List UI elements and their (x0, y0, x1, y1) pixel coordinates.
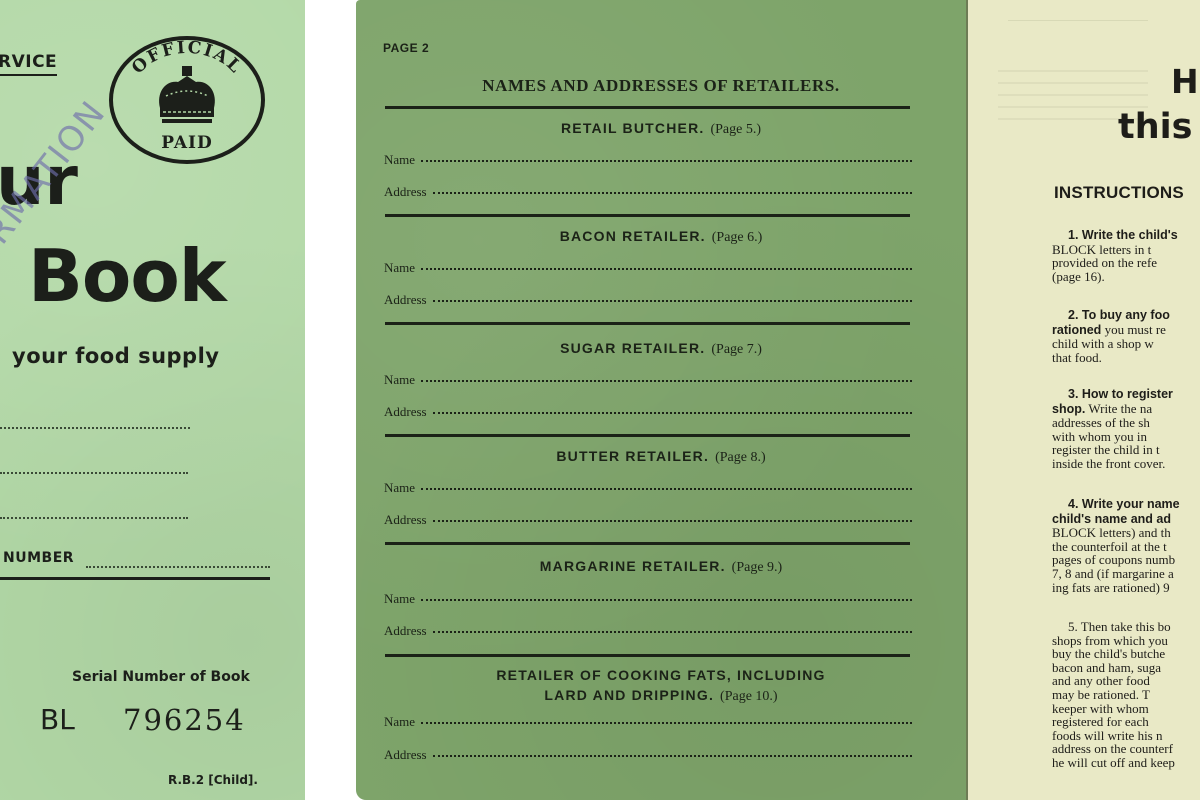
section-divider (385, 214, 910, 217)
instruction-item-2: 2. To buy any foo rationed you must re c… (1052, 308, 1200, 364)
number-label: NUMBER (3, 550, 74, 566)
stamp-bottom-text: PAID (161, 133, 212, 153)
show-through-texture (1008, 20, 1148, 33)
cover-blank-line-2[interactable] (0, 472, 188, 474)
cover-blank-line-3[interactable] (0, 517, 188, 519)
serial-number: 796254 (123, 703, 246, 737)
form-code: R.B.2 [Child]. (168, 773, 258, 787)
butter-name-field[interactable]: Name (384, 480, 912, 496)
instruction-item-4: 4. Write your name child's name and ad B… (1052, 497, 1200, 594)
butcher-address-field[interactable]: Address (384, 184, 912, 200)
page-heading: NAMES AND ADDRESSES OF RETAILERS. (356, 76, 966, 96)
instructions-title-line-1: H (1171, 65, 1199, 98)
sugar-name-field[interactable]: Name (384, 372, 912, 388)
section-title-bacon: BACON RETAILER.(Page 6.) (356, 226, 966, 248)
cooking-fats-name-field[interactable]: Name (384, 714, 912, 730)
section-divider (385, 542, 910, 545)
ration-book-cover: RVICE OFFICIAL PAID ur ORMATION Book you… (0, 0, 305, 800)
margarine-address-field[interactable]: Address (384, 623, 912, 639)
retailers-page: PAGE 2 NAMES AND ADDRESSES OF RETAILERS.… (356, 0, 966, 800)
serial-prefix: BL (40, 703, 75, 736)
cover-subtitle: your food supply (12, 344, 219, 368)
bacon-name-field[interactable]: Name (384, 260, 912, 276)
cover-divider (0, 577, 270, 580)
section-divider (385, 434, 910, 437)
service-heading: RVICE (0, 52, 57, 76)
cover-blank-line-1[interactable] (0, 427, 190, 429)
section-title-butter: BUTTER RETAILER.(Page 8.) (356, 446, 966, 468)
page-number: PAGE 2 (383, 41, 429, 55)
section-divider (385, 654, 910, 657)
margarine-name-field[interactable]: Name (384, 591, 912, 607)
instructions-title-line-2: this (1118, 110, 1192, 145)
section-title-margarine: MARGARINE RETAILER.(Page 9.) (356, 556, 966, 578)
section-divider (385, 322, 910, 325)
instructions-subheading: INSTRUCTIONS (1054, 183, 1184, 203)
butter-address-field[interactable]: Address (384, 512, 912, 528)
cooking-fats-address-field[interactable]: Address (384, 747, 912, 763)
butcher-name-field[interactable]: Name (384, 152, 912, 168)
crown-icon (159, 66, 215, 123)
section-title-butcher: RETAIL BUTCHER.(Page 5.) (356, 118, 966, 140)
serial-number-label: Serial Number of Book (72, 669, 250, 685)
instructions-page: H this INSTRUCTIONS 1. Write the child's… (966, 0, 1200, 800)
instruction-item-5: 5. Then take this bo shops from which yo… (1052, 620, 1200, 770)
cover-title-book: Book (28, 240, 226, 312)
instruction-item-3: 3. How to register shop. Write the na ad… (1052, 387, 1200, 471)
section-divider (385, 106, 910, 109)
sugar-address-field[interactable]: Address (384, 404, 912, 420)
bacon-address-field[interactable]: Address (384, 292, 912, 308)
official-paid-stamp: OFFICIAL PAID (108, 36, 266, 164)
section-title-sugar: SUGAR RETAILER.(Page 7.) (356, 338, 966, 360)
section-title-cooking-fats: RETAILER OF COOKING FATS, INCLUDING LARD… (356, 665, 966, 707)
number-blank-line[interactable] (86, 566, 270, 568)
instruction-item-1: 1. Write the child's BLOCK letters in t … (1052, 228, 1200, 283)
